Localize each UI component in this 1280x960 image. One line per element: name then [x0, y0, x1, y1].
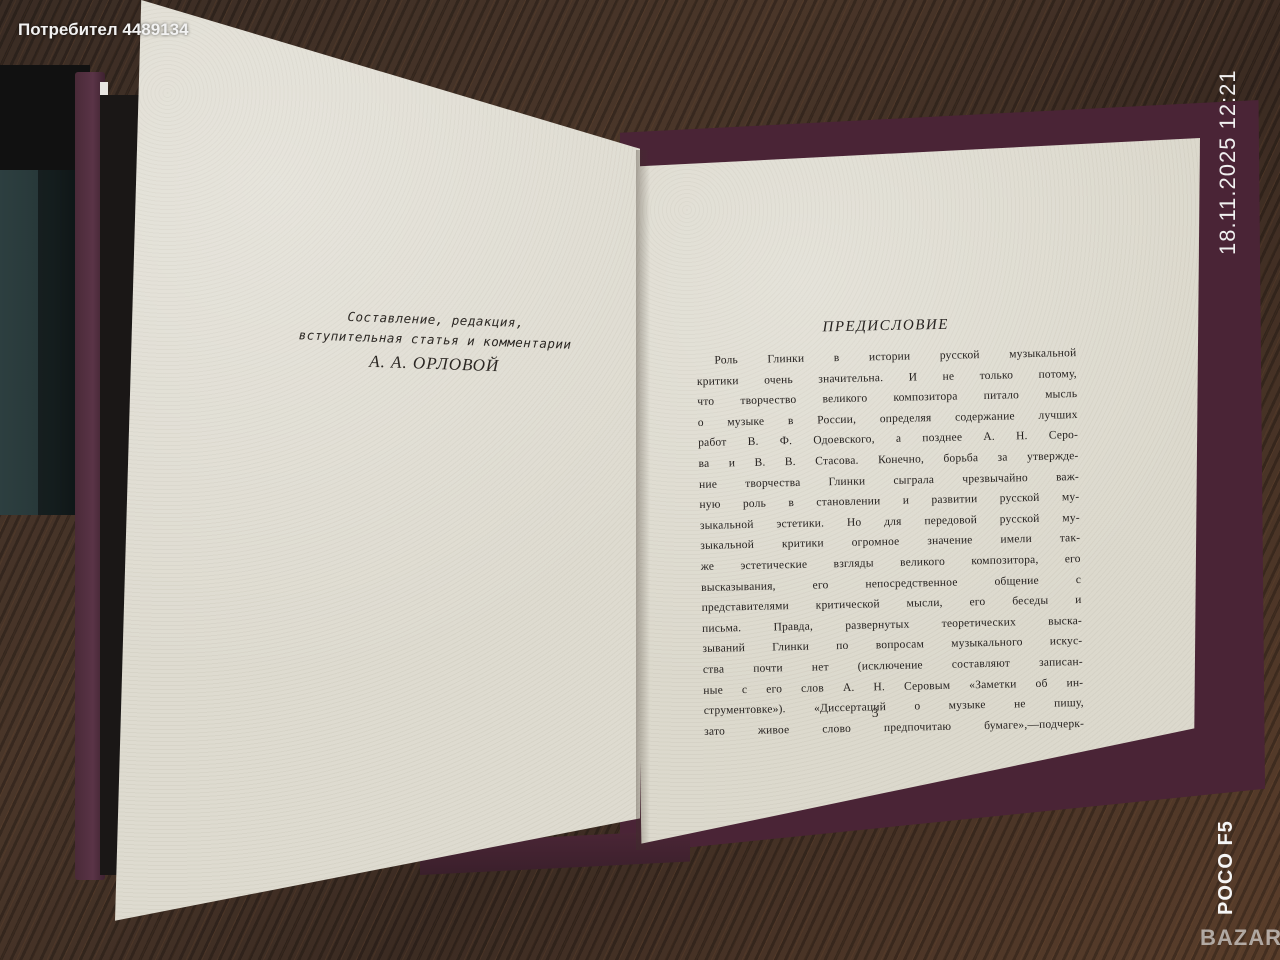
device-watermark: POCO F5 — [1215, 820, 1238, 915]
left-page — [115, 0, 640, 930]
user-watermark: Потребител 4489134 — [18, 20, 189, 40]
credits-block: Составление, редакция, вступительная ста… — [284, 305, 586, 379]
photo-timestamp: 18.11.2025 12:21 — [1215, 69, 1241, 255]
page-number: 3 — [872, 705, 879, 721]
preface-block: ПРЕДИСЛОВИЕ Роль Глинки в истории русско… — [696, 314, 1085, 742]
book-shadow — [38, 170, 75, 515]
site-watermark: BAZAR — [1200, 925, 1280, 951]
book-gutter — [636, 150, 650, 850]
